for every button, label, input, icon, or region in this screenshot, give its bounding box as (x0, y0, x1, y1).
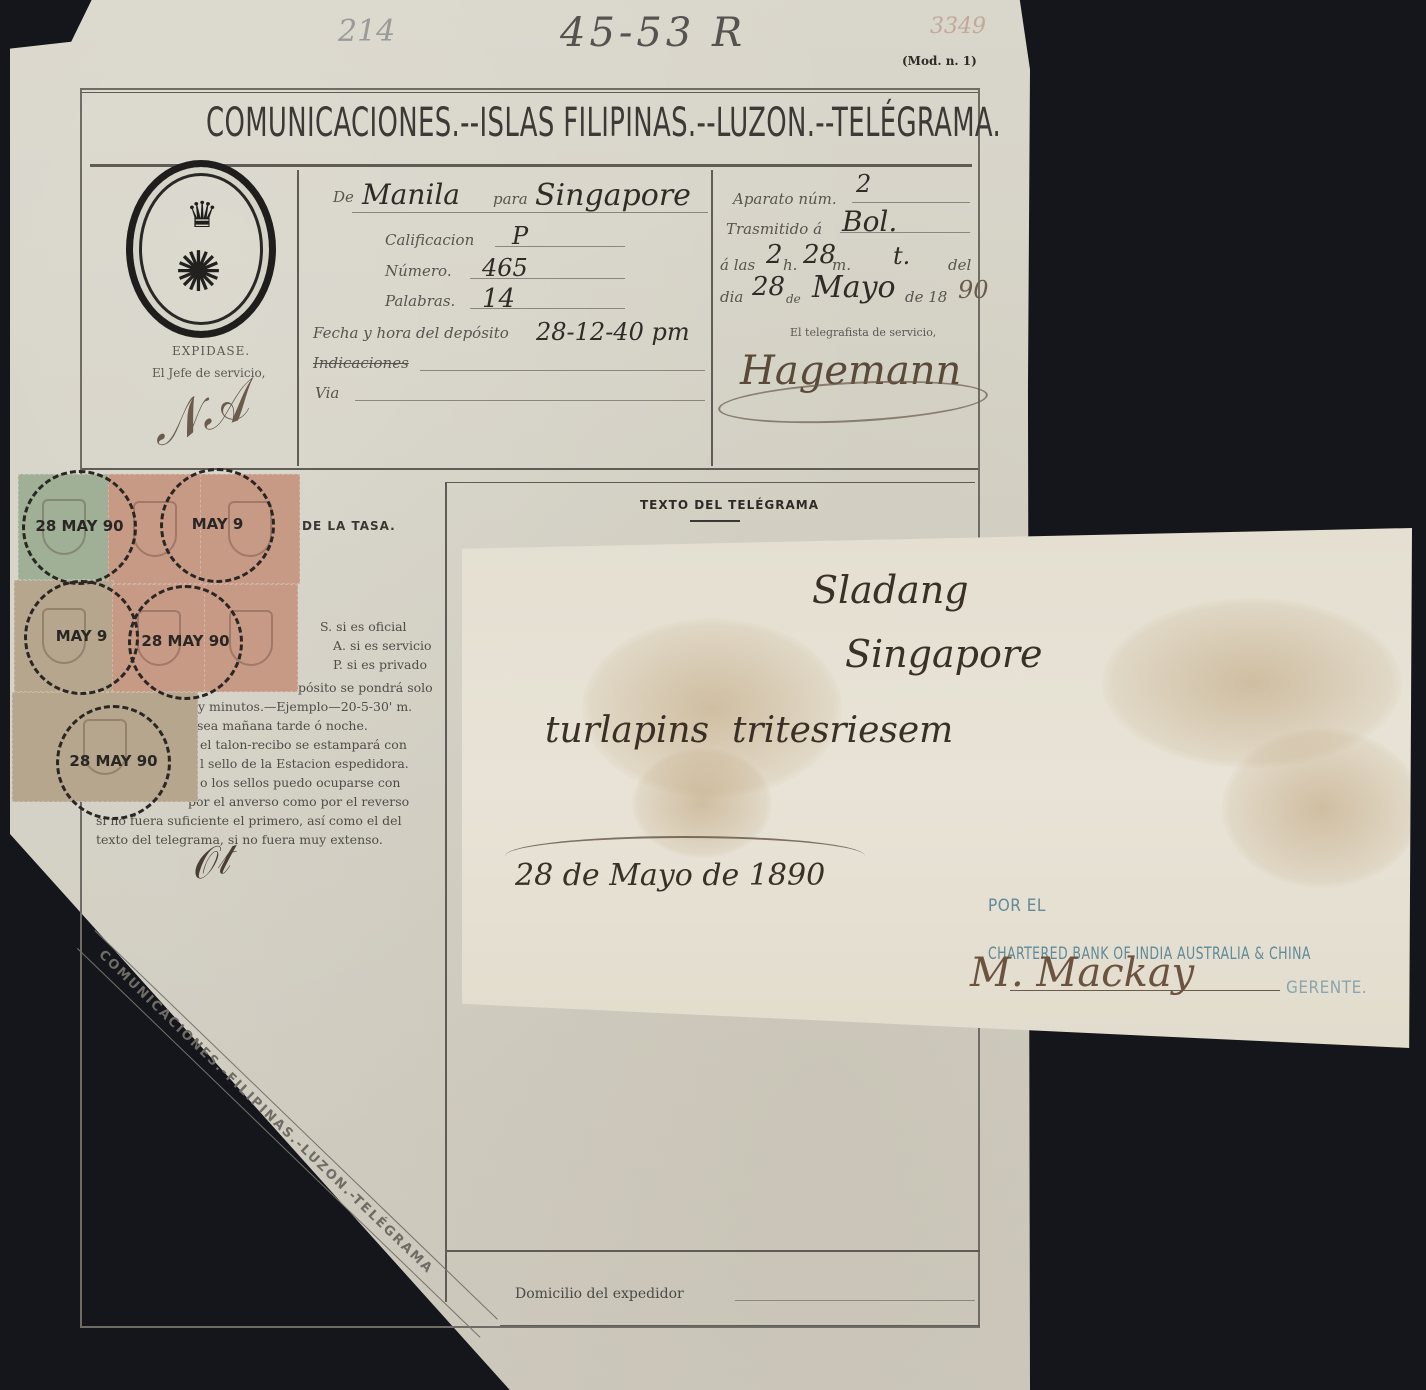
words-line (470, 308, 625, 309)
deposit-value: 28-12-40 pm (536, 318, 690, 346)
indications-line (420, 370, 705, 371)
bank-signature: M. Mackay (970, 950, 1194, 996)
from-value: Manila (362, 178, 460, 211)
apparatus-label: Aparato núm. (733, 190, 837, 208)
day-value: 28 (752, 272, 785, 302)
instruction-line: pósito se pondrá solo (298, 678, 433, 697)
instruction-line: texto del telegrama, si no fuera muy ext… (96, 830, 383, 849)
pencil-annotation-left: 214 (338, 14, 395, 49)
transmission-column-divider (711, 170, 713, 466)
heading-underline (690, 520, 740, 522)
from-to-line (352, 212, 708, 213)
fee-heading: DE LA TASA. (302, 519, 396, 533)
postmark: 28 MAY 90 (128, 585, 243, 700)
telegram-line-city: Singapore (845, 632, 1043, 676)
seal-column-divider (297, 170, 299, 466)
fee-code-service: A. si es servicio (333, 636, 432, 655)
text-box-left-border (445, 482, 447, 1302)
instruction-line: sea mañana tarde ó noche. (197, 716, 368, 735)
footer-bottom-line (500, 1325, 980, 1326)
time-del: del (948, 256, 971, 274)
telegram-date: 28 de Mayo de 1890 (515, 858, 825, 893)
crown-icon: ♛ (186, 195, 218, 236)
frame-inner-line (82, 92, 978, 93)
water-stain (1222, 728, 1422, 888)
classification-line (495, 246, 625, 247)
reference-number: 45-53 R (560, 10, 746, 56)
form-model-label: (Mod. n. 1) (902, 54, 977, 68)
month-connector: de (786, 292, 801, 306)
via-label: Via (315, 384, 339, 402)
time-h-label: h. (783, 256, 797, 274)
to-value: Singapore (535, 178, 691, 213)
apparatus-line (852, 202, 970, 203)
approval-label: EXPIDASE. (172, 344, 250, 358)
instruction-line: por el anverso como por el reverso (188, 792, 409, 811)
transmitted-line (840, 232, 970, 233)
fee-code-private: P. si es privado (333, 655, 427, 674)
instruction-line: o los sellos puedo ocuparse con (200, 773, 400, 792)
eagle-icon: ✺ (175, 245, 222, 301)
text-box-bottom-border (445, 1250, 980, 1252)
year-prefix: de 18 (905, 288, 947, 306)
to-label: para (493, 190, 528, 208)
number-label: Número. (385, 262, 452, 280)
time-hours: 2 (766, 240, 783, 270)
time-prefix: á las (720, 256, 755, 274)
instruction-line: el talon-recibo se estampará con (200, 735, 407, 754)
bank-stamp-title: GERENTE. (1286, 978, 1367, 998)
apparatus-value: 2 (856, 170, 871, 198)
transmitted-value: Bol. (842, 205, 897, 238)
instruction-line: l sello de la Estacion espedidora. (200, 754, 409, 773)
deposit-label: Fecha y hora del depósito (313, 324, 509, 342)
classification-label: Calificacion (385, 231, 474, 249)
month-value: Mayo (812, 270, 896, 305)
via-line (355, 400, 705, 401)
number-line (470, 278, 625, 279)
operator-label: El telegrafista de servicio, (790, 326, 936, 339)
pencil-annotation-right: 3349 (930, 14, 986, 39)
words-value: 14 (482, 284, 515, 314)
telegram-line-recipient: Sladang (812, 568, 969, 612)
indications-label: Indicaciones (313, 354, 409, 372)
postmark: 28 MAY 90 (56, 705, 171, 820)
postmark: MAY 9 (24, 580, 139, 695)
form-title: COMUNICACIONES.--ISLAS FILIPINAS.--LUZON… (206, 100, 854, 146)
bank-stamp-line1: POR EL (988, 896, 1046, 916)
sender-address-label: Domicilio del expedidor (515, 1286, 684, 1302)
fee-code-official: S. si es oficial (320, 617, 407, 636)
transmitted-label: Trasmitido á (726, 220, 822, 238)
telegram-line-message: turlapins tritesriesem (545, 710, 953, 751)
sender-address-line (735, 1300, 975, 1301)
from-label: De (333, 188, 354, 206)
telegram-text-heading: TEXTO DEL TELÉGRAMA (640, 498, 819, 512)
postmark: MAY 9 (160, 468, 275, 583)
year-value: 90 (958, 276, 989, 304)
text-box-top-border (445, 482, 975, 483)
chief-label: El Jefe de servicio, (152, 366, 266, 380)
words-label: Palabras. (385, 292, 455, 310)
time-suffix: t. (893, 242, 910, 270)
instruction-line: y minutos.—Ejemplo—20-5-30' m. (198, 697, 412, 716)
postmark: 28 MAY 90 (22, 470, 137, 585)
instruction-line: si no fuera suficiente el primero, así c… (96, 811, 402, 830)
day-label: dia (720, 288, 743, 306)
